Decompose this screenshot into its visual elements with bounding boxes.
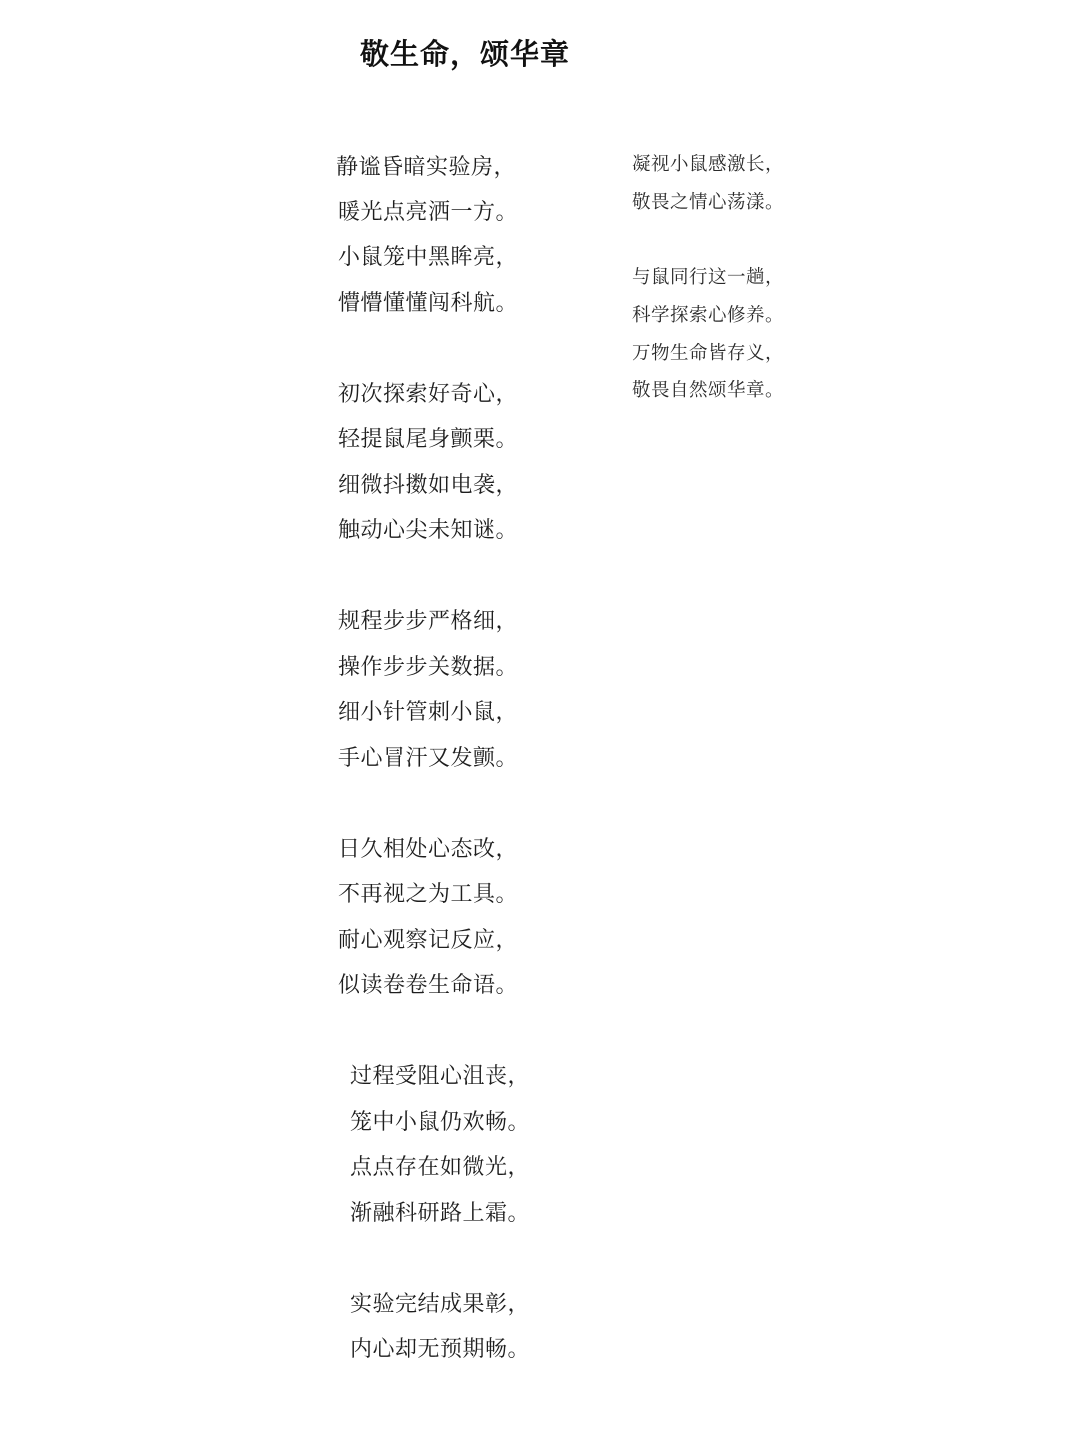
poem-line: 点点存在如微光， — [350, 1153, 530, 1183]
poem-line: 科学探索心修养。 — [632, 303, 784, 329]
poem-title: 敬生命，颂华章 — [360, 34, 570, 74]
poem-line: 暖光点亮洒一方。 — [338, 198, 518, 228]
poem-line: 操作步步关数据。 — [338, 653, 518, 683]
poem-line: 小鼠笼中黑眸亮， — [338, 243, 518, 273]
poem-line: 细微抖擞如电袭， — [338, 471, 518, 501]
poem-line: 轻提鼠尾身颤栗。 — [338, 425, 518, 455]
poem-line: 细小针管刺小鼠， — [338, 698, 518, 728]
poem-line: 手心冒汗又发颤。 — [338, 744, 518, 774]
poem-line: 笼中小鼠仍欢畅。 — [350, 1108, 530, 1138]
poem-line: 懵懵懂懂闯科航。 — [338, 289, 518, 319]
poem-line: 初次探索好奇心， — [338, 380, 518, 410]
poem-line: 不再视之为工具。 — [338, 880, 518, 910]
poem-line: 似读卷卷生命语。 — [338, 971, 518, 1001]
poem-line: 与鼠同行这一趟， — [632, 265, 784, 291]
poem-line: 过程受阻心沮丧， — [350, 1062, 530, 1092]
poem-line: 触动心尖未知谜。 — [338, 516, 518, 546]
poem-line: 耐心观察记反应， — [338, 926, 518, 956]
poem-line: 日久相处心态改， — [338, 835, 518, 865]
poem-line: 敬畏之情心荡漾。 — [632, 190, 784, 216]
poem-line: 敬畏自然颂华章。 — [632, 378, 784, 404]
poem-line: 静谧昏暗实验房， — [336, 153, 516, 183]
poem-line: 凝视小鼠感激长， — [632, 152, 784, 178]
poem-line: 规程步步严格细， — [338, 607, 518, 637]
poem-line: 实验完结成果彰， — [350, 1290, 530, 1320]
poem-line: 万物生命皆存义， — [632, 341, 784, 367]
poem-line: 内心却无预期畅。 — [350, 1335, 530, 1365]
poem-line: 渐融科研路上霜。 — [350, 1199, 530, 1229]
